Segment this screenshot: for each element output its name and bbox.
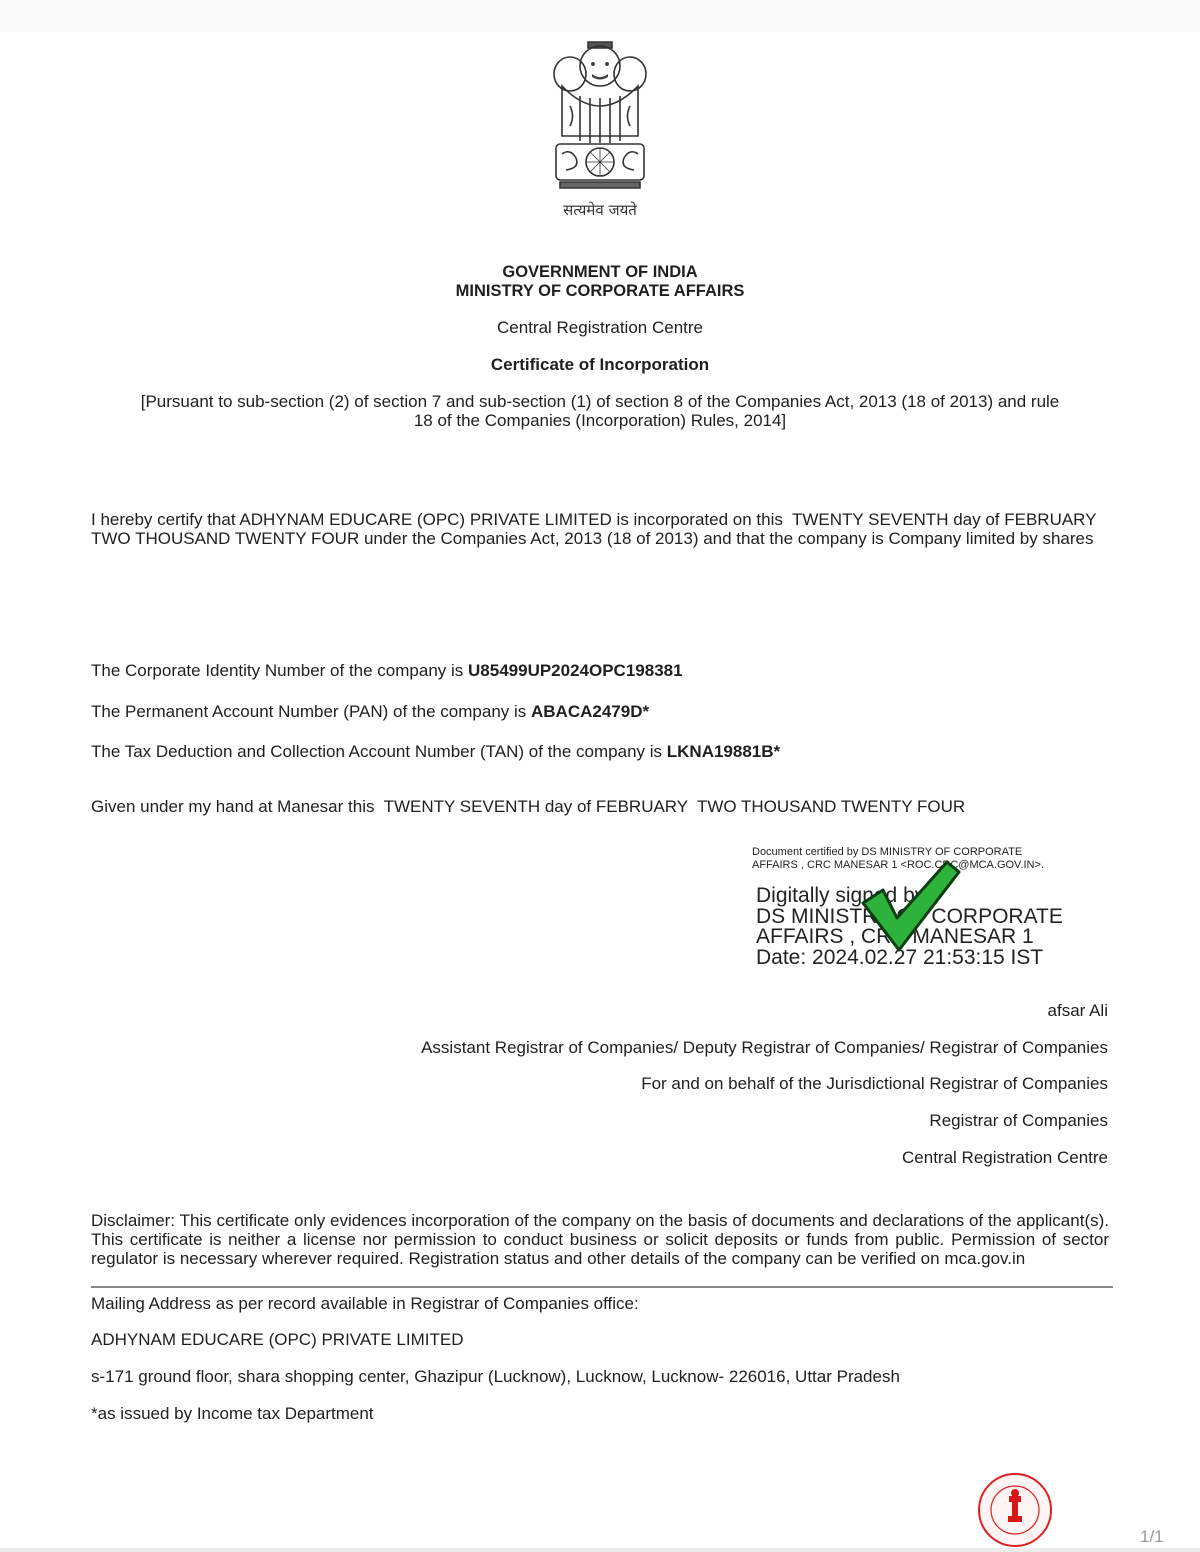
- signatory-behalf: For and on behalf of the Jurisdictional …: [641, 1074, 1108, 1094]
- mailing-address: s-171 ground floor, shara shopping cente…: [91, 1367, 900, 1387]
- cin-value: U85499UP2024OPC198381: [468, 661, 683, 680]
- registration-centre: Central Registration Centre: [0, 318, 1200, 338]
- divider: [91, 1286, 1113, 1288]
- certification-text: I hereby certify that ADHYNAM EDUCARE (O…: [91, 510, 1111, 548]
- pursuant-line-2: 18 of the Companies (Incorporation) Rule…: [0, 411, 1200, 430]
- signatory-office: Registrar of Companies: [929, 1111, 1108, 1131]
- pan-label: The Permanent Account Number (PAN) of th…: [91, 702, 531, 721]
- pursuant-clause: [Pursuant to sub-section (2) of section …: [0, 392, 1200, 430]
- tan-label: The Tax Deduction and Collection Account…: [91, 742, 667, 761]
- signatory-centre: Central Registration Centre: [902, 1148, 1108, 1168]
- mailing-label: Mailing Address as per record available …: [91, 1294, 639, 1314]
- signature-valid-check-icon: [855, 858, 965, 958]
- roc-seal-icon: [975, 1470, 1055, 1550]
- given-under-hand: Given under my hand at Manesar this TWEN…: [91, 797, 965, 817]
- signatory-name: afsar Ali: [1048, 1001, 1108, 1021]
- certificate-title: Certificate of Incorporation: [0, 355, 1200, 375]
- disclaimer-link-prefix: verified on: [861, 1249, 944, 1268]
- mca-link[interactable]: mca.gov.in: [944, 1249, 1025, 1268]
- cin-line: The Corporate Identity Number of the com…: [91, 661, 683, 681]
- government-heading: GOVERNMENT OF INDIA: [0, 263, 1200, 282]
- viewer-bottom-bar: [0, 1548, 1200, 1552]
- pan-line: The Permanent Account Number (PAN) of th…: [91, 702, 649, 722]
- page-indicator: 1/1: [1140, 1527, 1164, 1547]
- footnote: *as issued by Income tax Department: [91, 1404, 374, 1424]
- tan-value: LKNA19881B*: [667, 742, 780, 761]
- viewer-top-bar: [0, 0, 1200, 32]
- tan-line: The Tax Deduction and Collection Account…: [91, 742, 780, 762]
- national-emblem-icon: [540, 36, 660, 200]
- ministry-heading: MINISTRY OF CORPORATE AFFAIRS: [0, 282, 1200, 301]
- motto: सत्यमेव जयते: [0, 200, 1200, 220]
- pan-value: ABACA2479D*: [531, 702, 649, 721]
- disclaimer: Disclaimer: This certificate only eviden…: [91, 1211, 1109, 1268]
- mailing-company: ADHYNAM EDUCARE (OPC) PRIVATE LIMITED: [91, 1330, 463, 1350]
- cin-label: The Corporate Identity Number of the com…: [91, 661, 468, 680]
- signatory-designation: Assistant Registrar of Companies/ Deputy…: [421, 1038, 1108, 1058]
- pursuant-line-1: [Pursuant to sub-section (2) of section …: [0, 392, 1200, 411]
